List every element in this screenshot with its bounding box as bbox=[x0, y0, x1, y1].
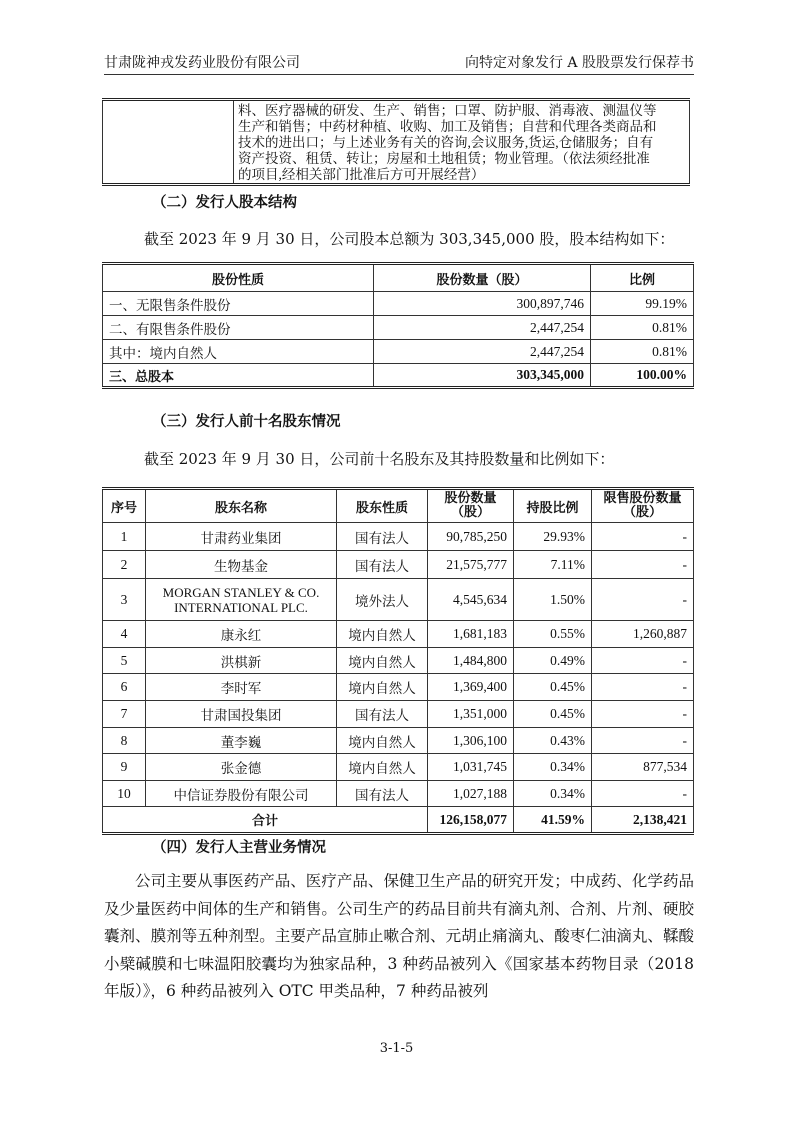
col-header-nature: 股东性质 bbox=[337, 489, 428, 523]
share-structure-intro: 截至 2023 年 9 月 30 日，公司股本总额为 303,345,000 股… bbox=[144, 228, 674, 249]
scope-line: 生产和销售；中药材种植、收购、加工及销售；自营和代理各类商品和 bbox=[238, 119, 685, 135]
business-scope-label-cell bbox=[103, 100, 234, 185]
shares-held: 21,575,777 bbox=[428, 551, 514, 579]
table-row: 2 生物基金 国有法人 21,575,777 7.11% - bbox=[103, 551, 694, 579]
col-header-ratio: 比例 bbox=[591, 264, 694, 292]
col-header-shares-line2: （股） bbox=[434, 506, 507, 520]
col-header-restricted: 限售股份数量 （股） bbox=[592, 489, 694, 523]
main-business-paragraph: 公司主要从事医药产品、医疗产品、保健卫生产品的研究开发；中成药、化学药品及少量医… bbox=[104, 868, 694, 1006]
share-ratio: 100.00% bbox=[591, 364, 694, 388]
restricted-shares: - bbox=[592, 674, 694, 701]
restricted-shares: - bbox=[592, 701, 694, 728]
shareholder-nature: 境外法人 bbox=[337, 579, 428, 621]
table-row: 5 洪棋新 境内自然人 1,484,800 0.49% - bbox=[103, 648, 694, 674]
shareholder-nature: 境内自然人 bbox=[337, 621, 428, 648]
share-type: 一、无限售条件股份 bbox=[103, 292, 374, 316]
restricted-shares: - bbox=[592, 648, 694, 674]
top-shareholders-intro: 截至 2023 年 9 月 30 日，公司前十名股东及其持股数量和比例如下： bbox=[144, 448, 614, 469]
share-type: 二、有限售条件股份 bbox=[103, 316, 374, 340]
table-row: 一、无限售条件股份 300,897,746 99.19% bbox=[103, 292, 694, 316]
shares-held: 1,031,745 bbox=[428, 754, 514, 781]
holding-ratio: 0.34% bbox=[514, 781, 592, 807]
holding-ratio: 0.55% bbox=[514, 621, 592, 648]
table-row: 6 李时军 境内自然人 1,369,400 0.45% - bbox=[103, 674, 694, 701]
shareholder-nature: 境内自然人 bbox=[337, 754, 428, 781]
col-header-ratio: 持股比例 bbox=[514, 489, 592, 523]
section-title-top-shareholders: （三）发行人前十名股东情况 bbox=[152, 410, 341, 431]
shareholder-name: 洪棋新 bbox=[146, 648, 337, 674]
table-row: 10 中信证券股份有限公司 国有法人 1,027,188 0.34% - bbox=[103, 781, 694, 807]
restricted-shares: 877,534 bbox=[592, 754, 694, 781]
row-no: 9 bbox=[103, 754, 146, 781]
main-business-paragraph-block: 公司主要从事医药产品、医疗产品、保健卫生产品的研究开发；中成药、化学药品及少量医… bbox=[104, 868, 694, 1006]
share-ratio: 0.81% bbox=[591, 316, 694, 340]
shareholder-nature: 国有法人 bbox=[337, 523, 428, 551]
holding-ratio: 0.45% bbox=[514, 674, 592, 701]
restricted-shares: - bbox=[592, 579, 694, 621]
total-restricted: 2,138,421 bbox=[592, 807, 694, 834]
holding-ratio: 0.34% bbox=[514, 754, 592, 781]
business-scope-content-cell: 料、医疗器械的研发、生产、销售；口罩、防护服、消毒液、测温仪等 生产和销售；中药… bbox=[234, 100, 690, 185]
row-no: 2 bbox=[103, 551, 146, 579]
shareholder-nature: 境内自然人 bbox=[337, 674, 428, 701]
holding-ratio: 7.11% bbox=[514, 551, 592, 579]
restricted-shares: - bbox=[592, 551, 694, 579]
table-header-row: 序号 股东名称 股东性质 股份数量 （股） 持股比例 限售股份数量 （股） bbox=[103, 489, 694, 523]
shareholder-name: 中信证券股份有限公司 bbox=[146, 781, 337, 807]
row-no: 6 bbox=[103, 674, 146, 701]
shareholder-name: 康永红 bbox=[146, 621, 337, 648]
shares-held: 1,306,100 bbox=[428, 728, 514, 754]
col-header-name: 股东名称 bbox=[146, 489, 337, 523]
top-shareholders-table: 序号 股东名称 股东性质 股份数量 （股） 持股比例 限售股份数量 （股） 1 … bbox=[102, 487, 694, 835]
holding-ratio: 0.43% bbox=[514, 728, 592, 754]
col-header-shares: 股份数量 （股） bbox=[428, 489, 514, 523]
col-header-share-type: 股份性质 bbox=[103, 264, 374, 292]
share-structure-table: 股份性质 股份数量（股） 比例 一、无限售条件股份 300,897,746 99… bbox=[102, 262, 694, 389]
row-no: 1 bbox=[103, 523, 146, 551]
shares-held: 1,369,400 bbox=[428, 674, 514, 701]
table-row: 4 康永红 境内自然人 1,681,183 0.55% 1,260,887 bbox=[103, 621, 694, 648]
shareholder-name-line1: MORGAN STANLEY & CO. bbox=[152, 585, 330, 600]
shareholder-name: 李时军 bbox=[146, 674, 337, 701]
shareholder-name: 董李巍 bbox=[146, 728, 337, 754]
share-count: 303,345,000 bbox=[374, 364, 591, 388]
scope-line: 的项目,经相关部门批准后方可开展经营） bbox=[238, 167, 685, 183]
restricted-shares: 1,260,887 bbox=[592, 621, 694, 648]
total-ratio: 41.59% bbox=[514, 807, 592, 834]
row-no: 8 bbox=[103, 728, 146, 754]
shares-held: 1,027,188 bbox=[428, 781, 514, 807]
restricted-shares: - bbox=[592, 523, 694, 551]
share-type: 其中：境内自然人 bbox=[103, 340, 374, 364]
shareholder-name: MORGAN STANLEY & CO. INTERNATIONAL PLC. bbox=[146, 579, 337, 621]
shareholder-name-line2: INTERNATIONAL PLC. bbox=[152, 600, 330, 615]
shares-held: 1,351,000 bbox=[428, 701, 514, 728]
header-document-title: 向特定对象发行 A 股股票发行保荐书 bbox=[465, 52, 694, 72]
section-title-main-business: （四）发行人主营业务情况 bbox=[152, 836, 326, 857]
share-ratio: 99.19% bbox=[591, 292, 694, 316]
shareholder-nature: 境内自然人 bbox=[337, 648, 428, 674]
table-row: 二、有限售条件股份 2,447,254 0.81% bbox=[103, 316, 694, 340]
share-count: 300,897,746 bbox=[374, 292, 591, 316]
shareholder-nature: 国有法人 bbox=[337, 551, 428, 579]
shareholder-name: 张金德 bbox=[146, 754, 337, 781]
col-header-share-count: 股份数量（股） bbox=[374, 264, 591, 292]
shareholder-name: 生物基金 bbox=[146, 551, 337, 579]
restricted-shares: - bbox=[592, 781, 694, 807]
holding-ratio: 0.49% bbox=[514, 648, 592, 674]
restricted-shares: - bbox=[592, 728, 694, 754]
row-no: 4 bbox=[103, 621, 146, 648]
table-total-row: 三、总股本 303,345,000 100.00% bbox=[103, 364, 694, 388]
share-ratio: 0.81% bbox=[591, 340, 694, 364]
total-shares: 126,158,077 bbox=[428, 807, 514, 834]
total-label: 合计 bbox=[103, 807, 428, 834]
scope-line: 料、医疗器械的研发、生产、销售；口罩、防护服、消毒液、测温仪等 bbox=[238, 103, 685, 119]
shareholder-name: 甘肃药业集团 bbox=[146, 523, 337, 551]
row-no: 3 bbox=[103, 579, 146, 621]
table-row: 其中：境内自然人 2,447,254 0.81% bbox=[103, 340, 694, 364]
share-type: 三、总股本 bbox=[103, 364, 374, 388]
holding-ratio: 29.93% bbox=[514, 523, 592, 551]
table-row: 8 董李巍 境内自然人 1,306,100 0.43% - bbox=[103, 728, 694, 754]
share-count: 2,447,254 bbox=[374, 316, 591, 340]
shares-held: 1,484,800 bbox=[428, 648, 514, 674]
section-title-share-structure: （二）发行人股本结构 bbox=[152, 191, 297, 212]
shareholder-nature: 国有法人 bbox=[337, 701, 428, 728]
scope-line: 技术的进出口；与上述业务有关的咨询,会议服务,货运,仓储服务；自有 bbox=[238, 135, 685, 151]
col-header-restricted-line2: （股） bbox=[598, 506, 687, 520]
table-row: 9 张金德 境内自然人 1,031,745 0.34% 877,534 bbox=[103, 754, 694, 781]
page-number: 3-1-5 bbox=[0, 1041, 793, 1056]
shares-held: 4,545,634 bbox=[428, 579, 514, 621]
shareholder-nature: 境内自然人 bbox=[337, 728, 428, 754]
shares-held: 90,785,250 bbox=[428, 523, 514, 551]
share-count: 2,447,254 bbox=[374, 340, 591, 364]
page-header: 甘肃陇神戎发药业股份有限公司 向特定对象发行 A 股股票发行保荐书 bbox=[104, 52, 694, 75]
col-header-shares-line1: 股份数量 bbox=[434, 492, 507, 506]
shareholder-nature: 国有法人 bbox=[337, 781, 428, 807]
table-header-row: 股份性质 股份数量（股） 比例 bbox=[103, 264, 694, 292]
shareholder-name: 甘肃国投集团 bbox=[146, 701, 337, 728]
header-company: 甘肃陇神戎发药业股份有限公司 bbox=[104, 52, 300, 72]
row-no: 5 bbox=[103, 648, 146, 674]
table-row: 3 MORGAN STANLEY & CO. INTERNATIONAL PLC… bbox=[103, 579, 694, 621]
holding-ratio: 0.45% bbox=[514, 701, 592, 728]
col-header-no: 序号 bbox=[103, 489, 146, 523]
shares-held: 1,681,183 bbox=[428, 621, 514, 648]
business-scope-table: 料、医疗器械的研发、生产、销售；口罩、防护服、消毒液、测温仪等 生产和销售；中药… bbox=[102, 98, 690, 186]
table-row: 1 甘肃药业集团 国有法人 90,785,250 29.93% - bbox=[103, 523, 694, 551]
col-header-restricted-line1: 限售股份数量 bbox=[598, 492, 687, 506]
holding-ratio: 1.50% bbox=[514, 579, 592, 621]
row-no: 7 bbox=[103, 701, 146, 728]
table-row: 7 甘肃国投集团 国有法人 1,351,000 0.45% - bbox=[103, 701, 694, 728]
scope-line: 资产投资、租赁、转让；房屋和土地租赁；物业管理。（依法须经批准 bbox=[238, 151, 685, 167]
table-total-row: 合计 126,158,077 41.59% 2,138,421 bbox=[103, 807, 694, 834]
row-no: 10 bbox=[103, 781, 146, 807]
